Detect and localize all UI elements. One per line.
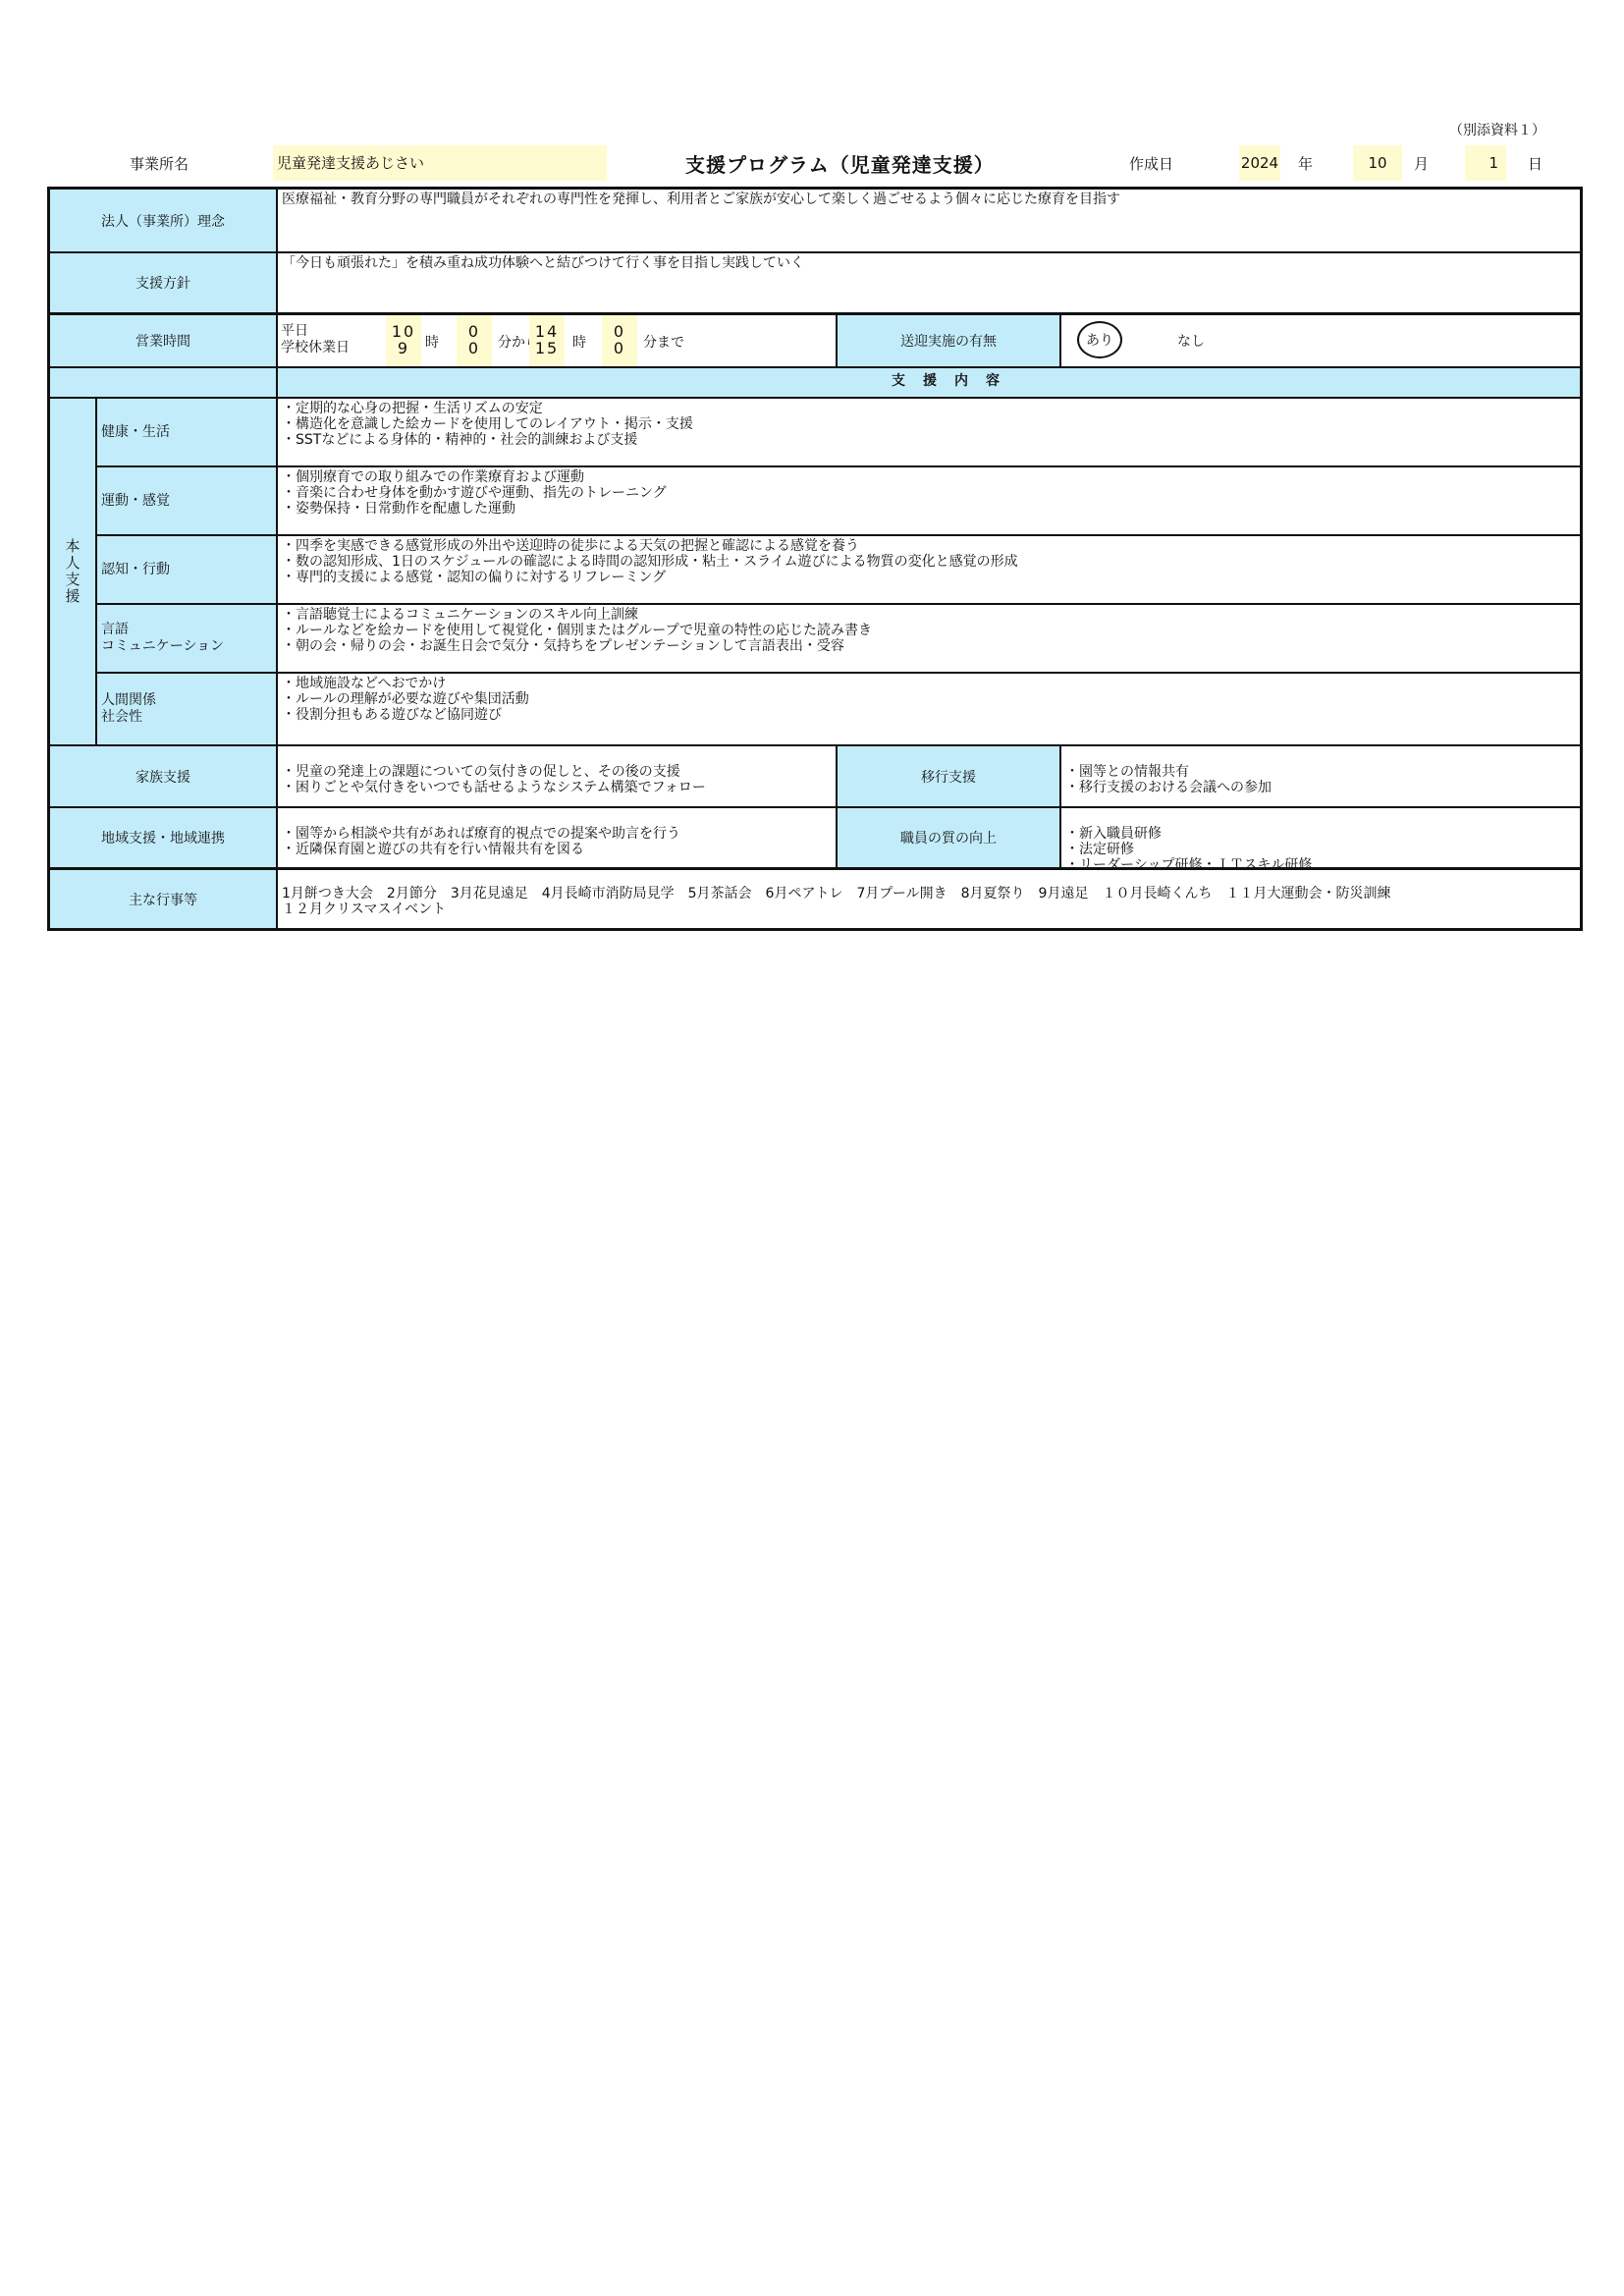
end-hour-field[interactable]: 1415 xyxy=(529,315,565,366)
year-unit: 年 xyxy=(1298,153,1313,174)
family-support-label: 家族支援 xyxy=(50,746,278,808)
transport-yes-option[interactable]: あり xyxy=(1077,321,1122,358)
support-item: ・ルールの理解が必要な遊びや集団活動 xyxy=(282,691,1576,707)
personal-support-group: 本人支援 xyxy=(50,399,97,746)
holiday-label: 学校休業日 xyxy=(281,340,350,356)
support-item: ・地域施設などへおでかけ xyxy=(282,676,1576,691)
page-title: 支援プログラム（児童発達支援） xyxy=(685,149,995,178)
office-name-field[interactable]: 児童発達支援あじさい xyxy=(273,145,607,181)
year-field[interactable]: 2024 xyxy=(1239,145,1280,181)
support-item: ・役割分担もある遊びなど協同遊び xyxy=(282,707,1576,723)
community-support-label: 地域支援・地域連携 xyxy=(50,808,278,870)
support-item: ・言語聴覚士によるコミュニケーションのスキル向上訓練 xyxy=(282,607,1576,623)
transport-options: あり なし xyxy=(1061,315,1580,368)
hour-unit-2: 時 xyxy=(572,332,586,352)
support-row-label-motor-sensory: 運動・感覚 xyxy=(97,467,278,536)
policy-label: 支援方針 xyxy=(50,253,278,315)
support-row-content-language-communication[interactable]: ・言語聴覚士によるコミュニケーションのスキル向上訓練・ルールなどを絵カードを使用… xyxy=(278,605,1580,674)
support-row-label-relationships-sociality: 人間関係 社会性 xyxy=(97,674,278,746)
support-header-blank xyxy=(50,368,278,399)
day-unit: 日 xyxy=(1528,153,1543,174)
support-item: ・定期的な心身の把握・生活リズムの安定 xyxy=(282,401,1576,416)
personal-support-label: 本人支援 xyxy=(63,538,83,605)
philosophy-label: 法人（事業所）理念 xyxy=(50,190,278,253)
support-item: ・SSTなどによる身体的・精神的・社会的訓練および支援 xyxy=(282,432,1576,448)
reference-note: （別添資料１） xyxy=(1449,120,1545,139)
support-row-content-cognition-behavior[interactable]: ・四季を実感できる感覚形成の外出や送迎時の徒歩による天気の把握と確認による感覚を… xyxy=(278,536,1580,605)
events-content[interactable]: 1月餅つき大会 2月節分 3月花見遠足 4月長崎市消防局見学 5月茶話会 6月ペ… xyxy=(278,870,1580,928)
philosophy-text[interactable]: 医療福祉・教育分野の専門職員がそれぞれの専門性を発揮し、利用者とご家族が安心して… xyxy=(278,190,1580,253)
transport-no-option[interactable]: なし xyxy=(1177,331,1205,351)
support-content-header: 支 援 内 容 xyxy=(278,368,1580,399)
office-label: 事業所名 xyxy=(130,153,189,174)
policy-text[interactable]: 「今日も頑張れた」を積み重ね成功体験へと結びつけて行く事を目指し実践していく xyxy=(278,253,1580,315)
transition-support-label: 移行支援 xyxy=(838,746,1061,808)
support-row-label-language-communication: 言語 コミュニケーション xyxy=(97,605,278,674)
support-row-label-health-life: 健康・生活 xyxy=(97,399,278,467)
support-row-content-relationships-sociality[interactable]: ・地域施設などへおでかけ・ルールの理解が必要な遊びや集団活動・役割分担もある遊び… xyxy=(278,674,1580,746)
support-item: ・専門的支援による感覚・認知の偏りに対するリフレーミング xyxy=(282,570,1576,585)
hour-unit-1: 時 xyxy=(425,332,439,352)
support-row-label-cognition-behavior: 認知・行動 xyxy=(97,536,278,605)
support-item: ・個別療育での取り組みでの作業療育および運動 xyxy=(282,469,1576,485)
support-row-content-health-life[interactable]: ・定期的な心身の把握・生活リズムの安定・構造化を意識した絵カードを使用してのレイ… xyxy=(278,399,1580,467)
support-row-content-motor-sensory[interactable]: ・個別療育での取り組みでの作業療育および運動・音楽に合わせ身体を動かす遊びや運動… xyxy=(278,467,1580,536)
weekday-label: 平日 xyxy=(281,323,350,340)
support-item: ・構造化を意識した絵カードを使用してのレイアウト・掲示・支援 xyxy=(282,416,1576,432)
events-label: 主な行事等 xyxy=(50,870,278,928)
start-minute-field[interactable]: 00 xyxy=(457,315,492,366)
start-hour-field[interactable]: 109 xyxy=(386,315,421,366)
month-field[interactable]: 10 xyxy=(1353,145,1402,181)
until-label: 分まで xyxy=(643,332,684,352)
staff-quality-content[interactable]: ・新入職員研修・法定研修・リーダーシップ研修・ＩＴスキル研修 xyxy=(1061,808,1580,870)
support-item: ・姿勢保持・日常動作を配慮した運動 xyxy=(282,501,1576,517)
staff-quality-label: 職員の質の向上 xyxy=(838,808,1061,870)
end-minute-field[interactable]: 00 xyxy=(602,315,637,366)
support-item: ・数の認知形成、1日のスケジュールの確認による時間の認知形成・粘土・スライム遊び… xyxy=(282,554,1576,570)
community-support-content[interactable]: ・園等から相談や共有があれば療育的視点での提案や助言を行う・近隣保育園と遊びの共… xyxy=(278,808,838,870)
support-program-table: 法人（事業所）理念 医療福祉・教育分野の専門職員がそれぞれの専門性を発揮し、利用… xyxy=(47,187,1583,931)
transition-support-content[interactable]: ・園等との情報共有・移行支援のおける会議への参加 xyxy=(1061,746,1580,808)
support-item: ・四季を実感できる感覚形成の外出や送迎時の徒歩による天気の把握と確認による感覚を… xyxy=(282,538,1576,554)
business-hours-label: 営業時間 xyxy=(50,315,278,368)
support-item: ・朝の会・帰りの会・お誕生日会で気分・気持ちをプレゼンテーションして言語表出・受… xyxy=(282,638,1576,654)
support-item: ・音楽に合わせ身体を動かす遊びや運動、指先のトレーニング xyxy=(282,485,1576,501)
month-unit: 月 xyxy=(1414,153,1429,174)
day-field[interactable]: 1 xyxy=(1465,145,1506,181)
transport-label: 送迎実施の有無 xyxy=(838,315,1061,368)
family-support-content[interactable]: ・児童の発達上の課題についての気付きの促しと、その後の支援・困りごとや気付きをい… xyxy=(278,746,838,808)
business-hours-cell: 平日 学校休業日 109 時 00 分から 1415 時 00 分まで xyxy=(278,315,838,368)
support-item: ・ルールなどを絵カードを使用して視覚化・個別またはグループで児童の特性の応じた読… xyxy=(282,623,1576,638)
created-date-label: 作成日 xyxy=(1129,153,1173,174)
